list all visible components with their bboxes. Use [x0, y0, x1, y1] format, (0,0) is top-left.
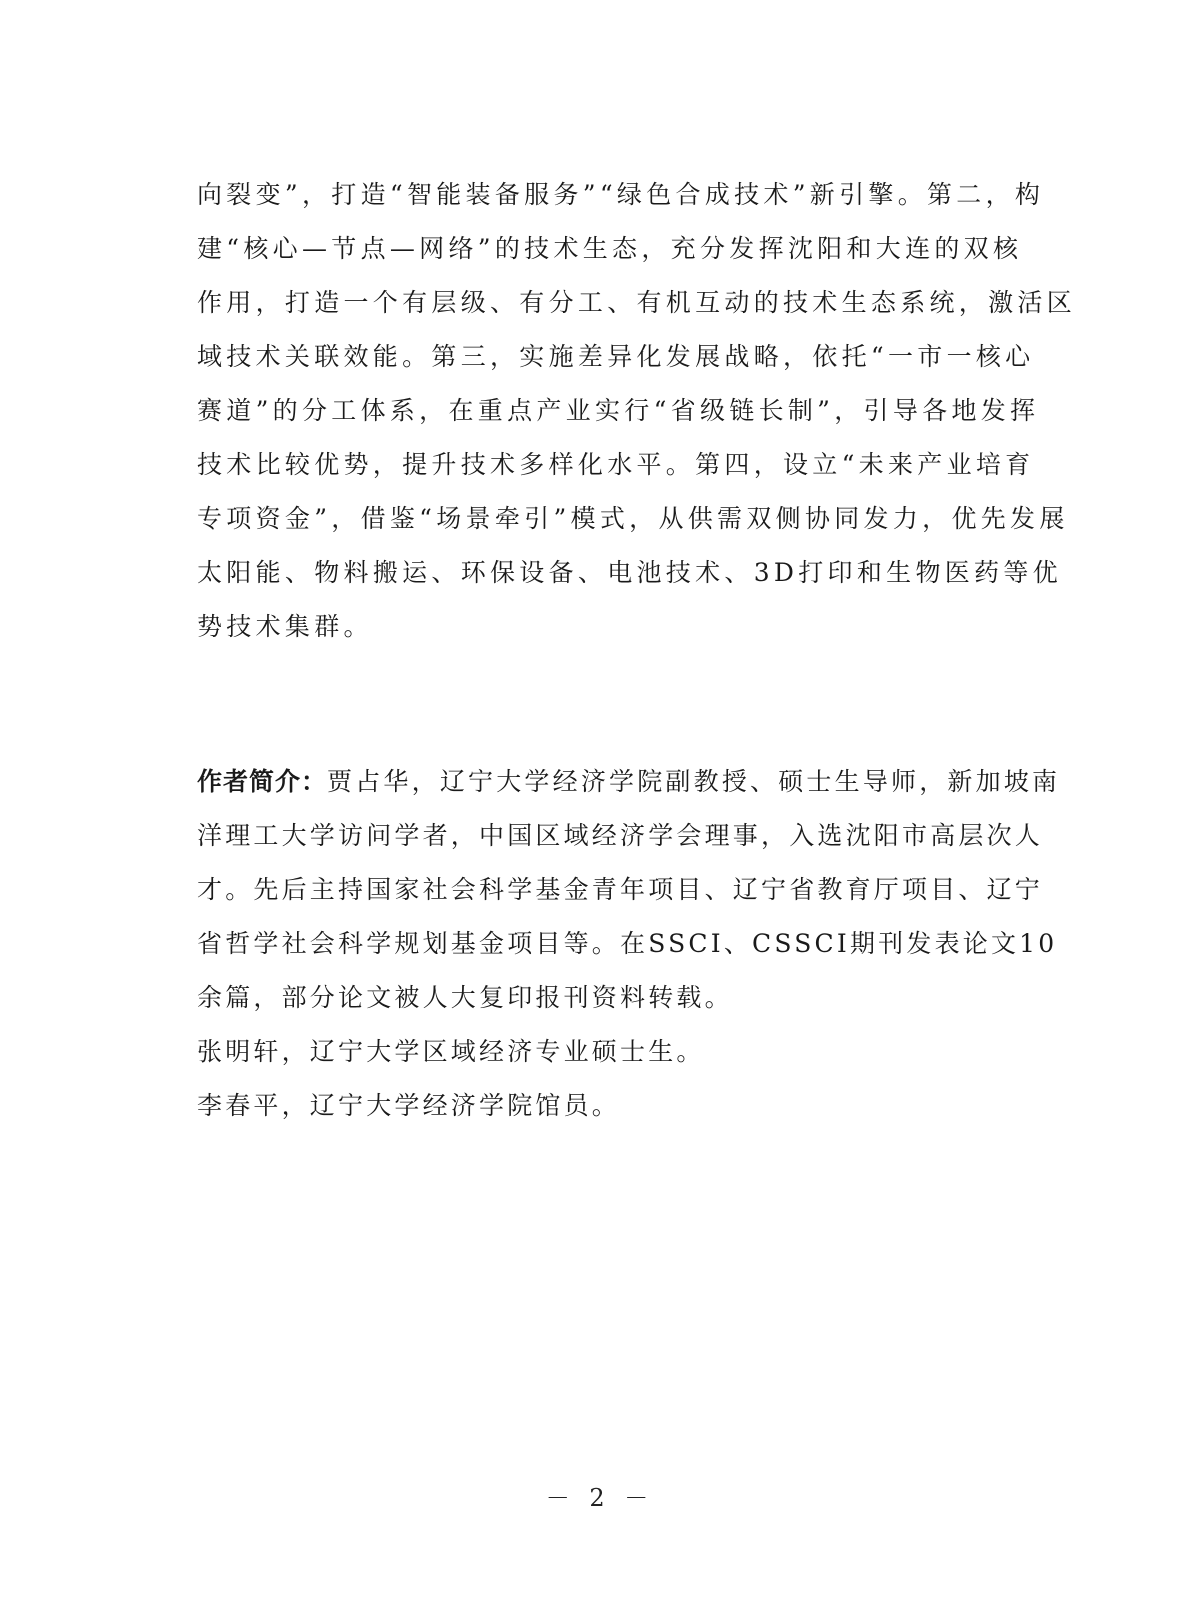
author-intro-section: 作者简介：贾占华，辽宁大学经济学院副教授、硕士生导师，新加坡南 洋理工大学访问学… [197, 755, 977, 1133]
body-line: 赛道”的分工体系，在重点产业实行“省级链长制”，引导各地发挥 [197, 384, 977, 438]
body-line: 建“核心—节点—网络”的技术生态，充分发挥沈阳和大连的双核 [197, 222, 977, 276]
body-line: 势技术集群。 [197, 600, 977, 654]
page-number: － 2 － [0, 1478, 1200, 1513]
body-line: 专项资金”，借鉴“场景牵引”模式，从供需双侧协同发力，优先发展 [197, 492, 977, 546]
author-intro-line: 省哲学社会科学规划基金项目等。在SSCI、CSSCI期刊发表论文10 [197, 917, 977, 971]
body-paragraph: 向裂变”，打造“智能装备服务”“绿色合成技术”新引擎。第二，构 建“核心—节点—… [197, 168, 977, 654]
author-intro-text: 贾占华，辽宁大学经济学院副教授、硕士生导师，新加坡南 [327, 767, 1060, 796]
document-page: 向裂变”，打造“智能装备服务”“绿色合成技术”新引擎。第二，构 建“核心—节点—… [0, 0, 1200, 1606]
author-intro-label: 作者简介： [197, 767, 327, 796]
author-intro-line: 余篇，部分论文被人大复印报刊资料转载。 [197, 971, 977, 1025]
author-intro-first-line: 作者简介：贾占华，辽宁大学经济学院副教授、硕士生导师，新加坡南 [197, 755, 977, 809]
body-line: 向裂变”，打造“智能装备服务”“绿色合成技术”新引擎。第二，构 [197, 168, 977, 222]
author-entry: 李春平，辽宁大学经济学院馆员。 [197, 1079, 977, 1133]
author-intro-line: 洋理工大学访问学者，中国区域经济学会理事，入选沈阳市高层次人 [197, 809, 977, 863]
body-line: 域技术关联效能。第三，实施差异化发展战略，依托“一市一核心 [197, 330, 977, 384]
body-line: 技术比较优势，提升技术多样化水平。第四，设立“未来产业培育 [197, 438, 977, 492]
body-line: 作用，打造一个有层级、有分工、有机互动的技术生态系统，激活区 [197, 276, 977, 330]
author-entry: 张明轩，辽宁大学区域经济专业硕士生。 [197, 1025, 977, 1079]
author-intro-line: 才。先后主持国家社会科学基金青年项目、辽宁省教育厅项目、辽宁 [197, 863, 977, 917]
body-line: 太阳能、物料搬运、环保设备、电池技术、3D打印和生物医药等优 [197, 546, 977, 600]
